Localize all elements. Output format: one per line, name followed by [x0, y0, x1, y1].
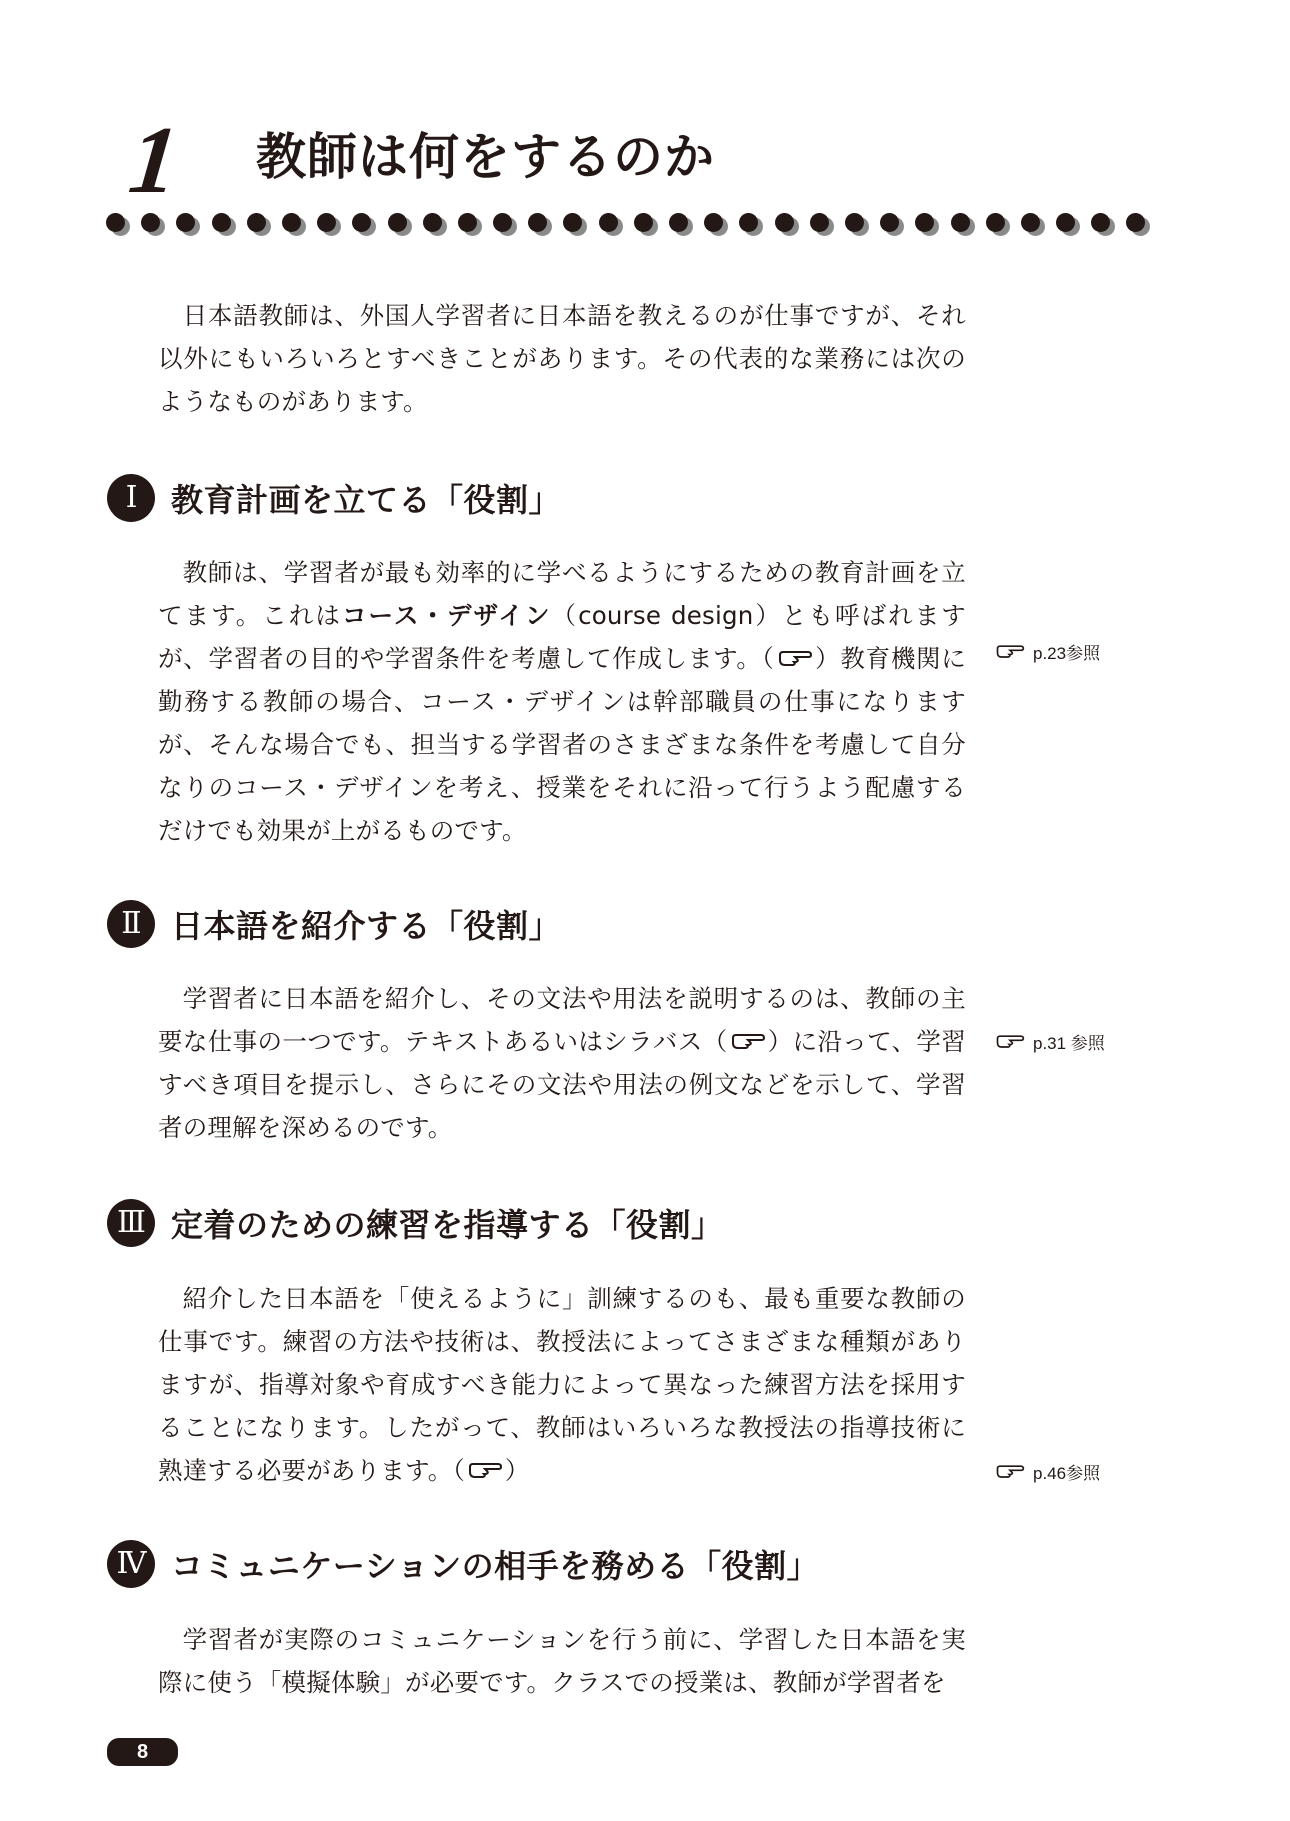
- divider-dot: [1056, 213, 1074, 231]
- reference-label: p.23参照: [1033, 639, 1100, 664]
- pointing-hand-icon: [730, 1032, 766, 1052]
- section-title: 定着のための練習を指導する「役割」: [171, 1200, 724, 1246]
- divider-dot: [1126, 213, 1144, 231]
- divider-dot: [704, 213, 722, 231]
- section-heading-3: Ⅲ 定着のための練習を指導する「役割」: [107, 1198, 724, 1248]
- divider-dot: [599, 213, 617, 231]
- divider-dot: [106, 213, 124, 231]
- margin-reference-p23[interactable]: p.23参照: [995, 639, 1100, 664]
- section-2-body: 学習者に日本語を紹介し、その文法や用法を説明するのは、教師の主要な仕事の一つです…: [158, 977, 966, 1149]
- divider-dot: [634, 213, 652, 231]
- divider-dot: [986, 213, 1004, 231]
- divider-dot: [739, 213, 757, 231]
- divider-dot: [247, 213, 265, 231]
- section-heading-2: Ⅱ 日本語を紹介する「役割」: [107, 899, 561, 949]
- divider-dot: [880, 213, 898, 231]
- divider-dot: [845, 213, 863, 231]
- reference-label: p.31 参照: [1033, 1029, 1105, 1054]
- divider-dot: [563, 213, 581, 231]
- divider-dot: [528, 213, 546, 231]
- pointing-hand-icon: [995, 1033, 1025, 1051]
- divider-dot: [212, 213, 230, 231]
- margin-reference-p31[interactable]: p.31 参照: [995, 1029, 1105, 1054]
- term-course-design: コース・デザイン: [342, 601, 552, 630]
- roman-numeral-badge: Ⅲ: [107, 1199, 155, 1247]
- section-title: コミュニケーションの相手を務める「役割」: [171, 1541, 819, 1587]
- divider-dot: [775, 213, 793, 231]
- divider-dot: [1021, 213, 1039, 231]
- divider-dot: [423, 213, 441, 231]
- divider-dot: [388, 213, 406, 231]
- section-heading-4: Ⅳ コミュニケーションの相手を務める「役割」: [107, 1539, 819, 1589]
- roman-numeral-badge: Ⅰ: [107, 474, 155, 522]
- pointing-hand-icon: [995, 1463, 1025, 1481]
- intro-paragraph: 日本語教師は、外国人学習者に日本語を教えるのが仕事ですが、それ以外にもいろいろと…: [158, 294, 966, 423]
- pointing-hand-icon: [467, 1461, 503, 1481]
- roman-numeral-badge: Ⅱ: [107, 900, 155, 948]
- section-1-body: 教師は、学習者が最も効率的に学べるようにするための教育計画を立てます。これはコー…: [158, 551, 966, 852]
- divider-dot: [352, 213, 370, 231]
- intro-line-1: 日本語教師は、外国人学習者に日本語を教えるのが仕事ですが、それ: [182, 301, 966, 330]
- margin-reference-p46[interactable]: p.46参照: [995, 1459, 1100, 1484]
- page-number: 8: [107, 1738, 178, 1766]
- chapter-title: 教師は何をするのか: [256, 132, 715, 182]
- section-4-body: 学習者が実際のコミュニケーションを行う前に、学習した日本語を実際に使う「模擬体験…: [158, 1618, 966, 1704]
- divider-dot: [493, 213, 511, 231]
- section-title: 教育計画を立てる「役割」: [171, 475, 561, 521]
- reference-label: p.46参照: [1033, 1459, 1100, 1484]
- section-title: 日本語を紹介する「役割」: [171, 901, 561, 947]
- pointing-hand-icon: [995, 643, 1025, 661]
- divider-dot: [951, 213, 969, 231]
- divider-dot: [458, 213, 476, 231]
- divider-dot: [282, 213, 300, 231]
- section-3-body: 紹介した日本語を「使えるように」訓練するのも、最も重要な教師の仕事です。練習の方…: [158, 1277, 966, 1492]
- intro-line-3: ようなものがあります。: [158, 387, 428, 416]
- divider-dot: [915, 213, 933, 231]
- divider-dot: [810, 213, 828, 231]
- dotted-divider: [106, 213, 1166, 239]
- pointing-hand-icon: [777, 649, 813, 669]
- intro-line-2: 以外にもいろいろとすべきことがあります。その代表的な業務には次の: [158, 344, 966, 373]
- divider-dot: [141, 213, 159, 231]
- chapter-number: 1: [125, 112, 183, 208]
- divider-dot: [1091, 213, 1109, 231]
- divider-dot: [317, 213, 335, 231]
- section-heading-1: Ⅰ 教育計画を立てる「役割」: [107, 473, 561, 523]
- divider-dot: [176, 213, 194, 231]
- roman-numeral-badge: Ⅳ: [107, 1540, 155, 1588]
- divider-dot: [669, 213, 687, 231]
